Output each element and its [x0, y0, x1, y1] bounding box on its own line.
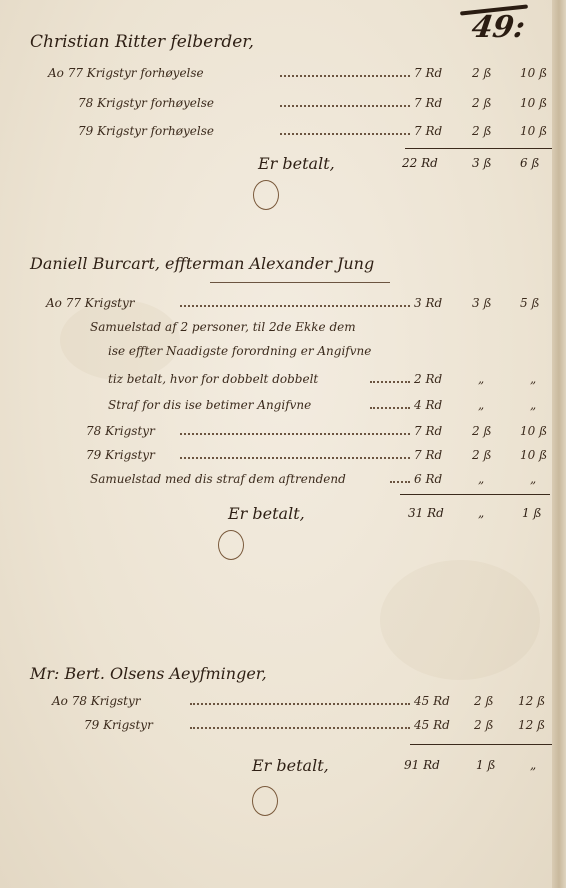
dot-leader: [280, 105, 410, 107]
total-mk: „: [478, 506, 484, 520]
line-desc: 78 Krigstyr forhøyelse: [78, 96, 214, 110]
amount-rd: 45 Rd: [414, 694, 450, 708]
sum-line: [400, 494, 550, 495]
amount-mk: 2 ß: [474, 718, 493, 732]
amount-rd: 7 Rd: [414, 448, 442, 462]
amount-rd: 2 Rd: [414, 372, 442, 386]
line-desc: Ao 77 Krigstyr: [46, 296, 135, 310]
line-item: Ao 77 Krigstyr forhøyelse 7 Rd 2 ß 10 ß: [0, 66, 566, 84]
entry-name: Mr: Bert. Olsens Aeyfminger,: [30, 664, 267, 683]
amount-mk: 2 ß: [472, 424, 491, 438]
line-item: Samuelstad med dis straf dem aftrendend …: [0, 472, 566, 490]
amount-sk: 12 ß: [518, 718, 545, 732]
amount-sk: 5 ß: [520, 296, 539, 310]
total-label: Er betalt,: [252, 756, 329, 775]
line-item: Straf for dis ise betimer Angifvne 4 Rd …: [0, 398, 566, 416]
line-item: ise effter Naadigste forordning er Angif…: [0, 344, 566, 362]
name-underline: [210, 282, 390, 283]
amount-sk: 10 ß: [520, 124, 547, 138]
line-item: Samuelstad af 2 personer, til 2de Ekke d…: [0, 320, 566, 338]
line-item: 79 Krigstyr 45 Rd 2 ß 12 ß: [0, 718, 566, 736]
line-item: 79 Krigstyr forhøyelse 7 Rd 2 ß 10 ß: [0, 124, 566, 142]
amount-rd: 45 Rd: [414, 718, 450, 732]
page-number: 49:: [470, 10, 528, 45]
line-desc: 79 Krigstyr forhøyelse: [78, 124, 214, 138]
line-item: 78 Krigstyr 7 Rd 2 ß 10 ß: [0, 424, 566, 442]
entry-name: Daniell Burcart, effterman Alexander Jun…: [30, 254, 374, 273]
dot-leader: [190, 703, 410, 705]
dot-leader: [180, 433, 410, 435]
line-desc: 79 Krigstyr: [84, 718, 153, 732]
line-desc: Straf for dis ise betimer Angifvne: [108, 398, 311, 412]
line-desc: 79 Krigstyr: [86, 448, 155, 462]
flourish-mark: [252, 786, 278, 816]
line-desc: Ao 77 Krigstyr forhøyelse: [48, 66, 204, 80]
amount-rd: 7 Rd: [414, 424, 442, 438]
line-item: Ao 77 Krigstyr 3 Rd 3 ß 5 ß: [0, 296, 566, 314]
amount-sk: „: [530, 372, 536, 386]
total-mk: 3 ß: [472, 156, 491, 170]
amount-rd: 7 Rd: [414, 96, 442, 110]
amount-mk: 2 ß: [472, 96, 491, 110]
amount-rd: 3 Rd: [414, 296, 442, 310]
amount-rd: 7 Rd: [414, 66, 442, 80]
amount-mk: 3 ß: [472, 296, 491, 310]
amount-rd: 4 Rd: [414, 398, 442, 412]
line-item: tiz betalt, hvor for dobbelt dobbelt 2 R…: [0, 372, 566, 390]
amount-sk: „: [530, 398, 536, 412]
amount-sk: 12 ß: [518, 694, 545, 708]
total-label: Er betalt,: [258, 154, 335, 173]
line-desc: 78 Krigstyr: [86, 424, 155, 438]
total-sk: 6 ß: [520, 156, 539, 170]
line-desc: Ao 78 Krigstyr: [52, 694, 141, 708]
amount-sk: 10 ß: [520, 424, 547, 438]
amount-mk: 2 ß: [472, 448, 491, 462]
amount-rd: 6 Rd: [414, 472, 442, 486]
flourish-mark: [218, 530, 244, 560]
total-sk: 1 ß: [522, 506, 541, 520]
dot-leader: [180, 305, 410, 307]
dot-leader: [280, 75, 410, 77]
amount-sk: 10 ß: [520, 66, 547, 80]
line-item: 78 Krigstyr forhøyelse 7 Rd 2 ß 10 ß: [0, 96, 566, 114]
entry-name: Christian Ritter felberder,: [30, 32, 254, 52]
line-item: 79 Krigstyr 7 Rd 2 ß 10 ß: [0, 448, 566, 466]
total-label: Er betalt,: [228, 504, 305, 523]
dot-leader: [390, 481, 410, 483]
ledger-page: 49: Christian Ritter felberder, Ao 77 Kr…: [0, 0, 566, 888]
line-desc: Samuelstad af 2 personer, til 2de Ekke d…: [90, 320, 356, 334]
total-rd: 31 Rd: [408, 506, 444, 520]
dot-leader: [280, 133, 410, 135]
line-desc: ise effter Naadigste forordning er Angif…: [108, 344, 371, 358]
amount-mk: „: [478, 398, 484, 412]
amount-sk: 10 ß: [520, 96, 547, 110]
line-desc: Samuelstad med dis straf dem aftrendend: [90, 472, 346, 486]
dot-leader: [370, 407, 410, 409]
amount-mk: 2 ß: [472, 124, 491, 138]
total-rd: 22 Rd: [402, 156, 438, 170]
amount-mk: „: [478, 472, 484, 486]
amount-mk: „: [478, 372, 484, 386]
flourish-mark: [253, 180, 279, 210]
total-mk: 1 ß: [476, 758, 495, 772]
amount-mk: 2 ß: [474, 694, 493, 708]
amount-sk: 10 ß: [520, 448, 547, 462]
amount-sk: „: [530, 472, 536, 486]
sum-line: [405, 148, 555, 149]
amount-mk: 2 ß: [472, 66, 491, 80]
total-rd: 91 Rd: [404, 758, 440, 772]
dot-leader: [190, 727, 410, 729]
dot-leader: [180, 457, 410, 459]
dot-leader: [370, 381, 410, 383]
sum-line: [410, 744, 556, 745]
paper-stain: [380, 560, 540, 680]
amount-rd: 7 Rd: [414, 124, 442, 138]
line-desc: tiz betalt, hvor for dobbelt dobbelt: [108, 372, 318, 386]
line-item: Ao 78 Krigstyr 45 Rd 2 ß 12 ß: [0, 694, 566, 712]
total-sk: „: [530, 758, 536, 772]
